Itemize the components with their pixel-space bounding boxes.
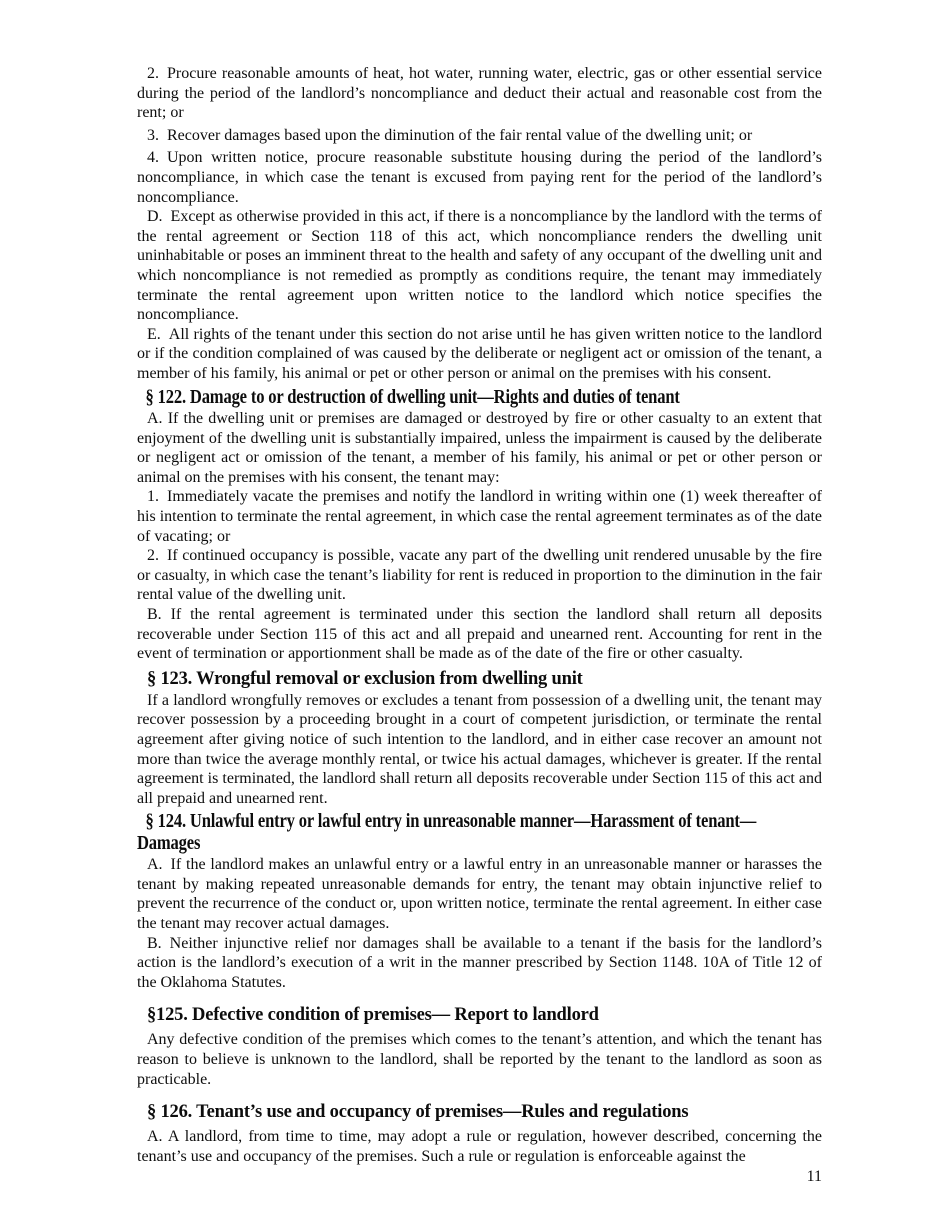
- paragraph-123: If a landlord wrongfully removes or excl…: [137, 691, 822, 809]
- paragraph-b-124: B. Neither injunctive relief nor damages…: [137, 934, 822, 993]
- paragraph-b-122: B. If the rental agreement is terminated…: [137, 605, 822, 664]
- paragraph-a-124: A. If the landlord makes an unlawful ent…: [137, 855, 822, 933]
- heading-line-1: § 124. Unlawful entry or lawful entry in…: [137, 811, 824, 833]
- list-item-1-122: 1. Immediately vacate the premises and n…: [137, 487, 822, 546]
- section-heading-125: §125. Defective condition of premises— R…: [137, 1004, 822, 1026]
- statute-document-page: 2. Procure reasonable amounts of heat, h…: [0, 0, 950, 1230]
- section-heading-126: § 126. Tenant’s use and occupancy of pre…: [137, 1101, 822, 1123]
- list-item-3-remedies: 3. Recover damages based upon the diminu…: [137, 126, 822, 146]
- section-heading-122: § 122. Damage to or destruction of dwell…: [137, 387, 824, 409]
- paragraph-e-tenant-rights: E. All rights of the tenant under this s…: [137, 325, 822, 384]
- paragraph-125: Any defective condition of the premises …: [137, 1030, 822, 1089]
- section-heading-123: § 123. Wrongful removal or exclusion fro…: [137, 668, 822, 690]
- heading-line-2: Damages: [137, 833, 824, 855]
- paragraph-a-126: A. A landlord, from time to time, may ad…: [137, 1127, 822, 1166]
- list-item-4-remedies: 4. Upon written notice, procure reasonab…: [137, 148, 822, 207]
- paragraph-a-122: A. If the dwelling unit or premises are …: [137, 409, 822, 487]
- list-item-2-122: 2. If continued occupancy is possible, v…: [137, 546, 822, 605]
- list-item-2-remedies: 2. Procure reasonable amounts of heat, h…: [137, 64, 822, 123]
- paragraph-d-termination: D. Except as otherwise provided in this …: [137, 207, 822, 325]
- page-number: 11: [137, 1167, 822, 1187]
- section-heading-124: § 124. Unlawful entry or lawful entry in…: [137, 811, 824, 854]
